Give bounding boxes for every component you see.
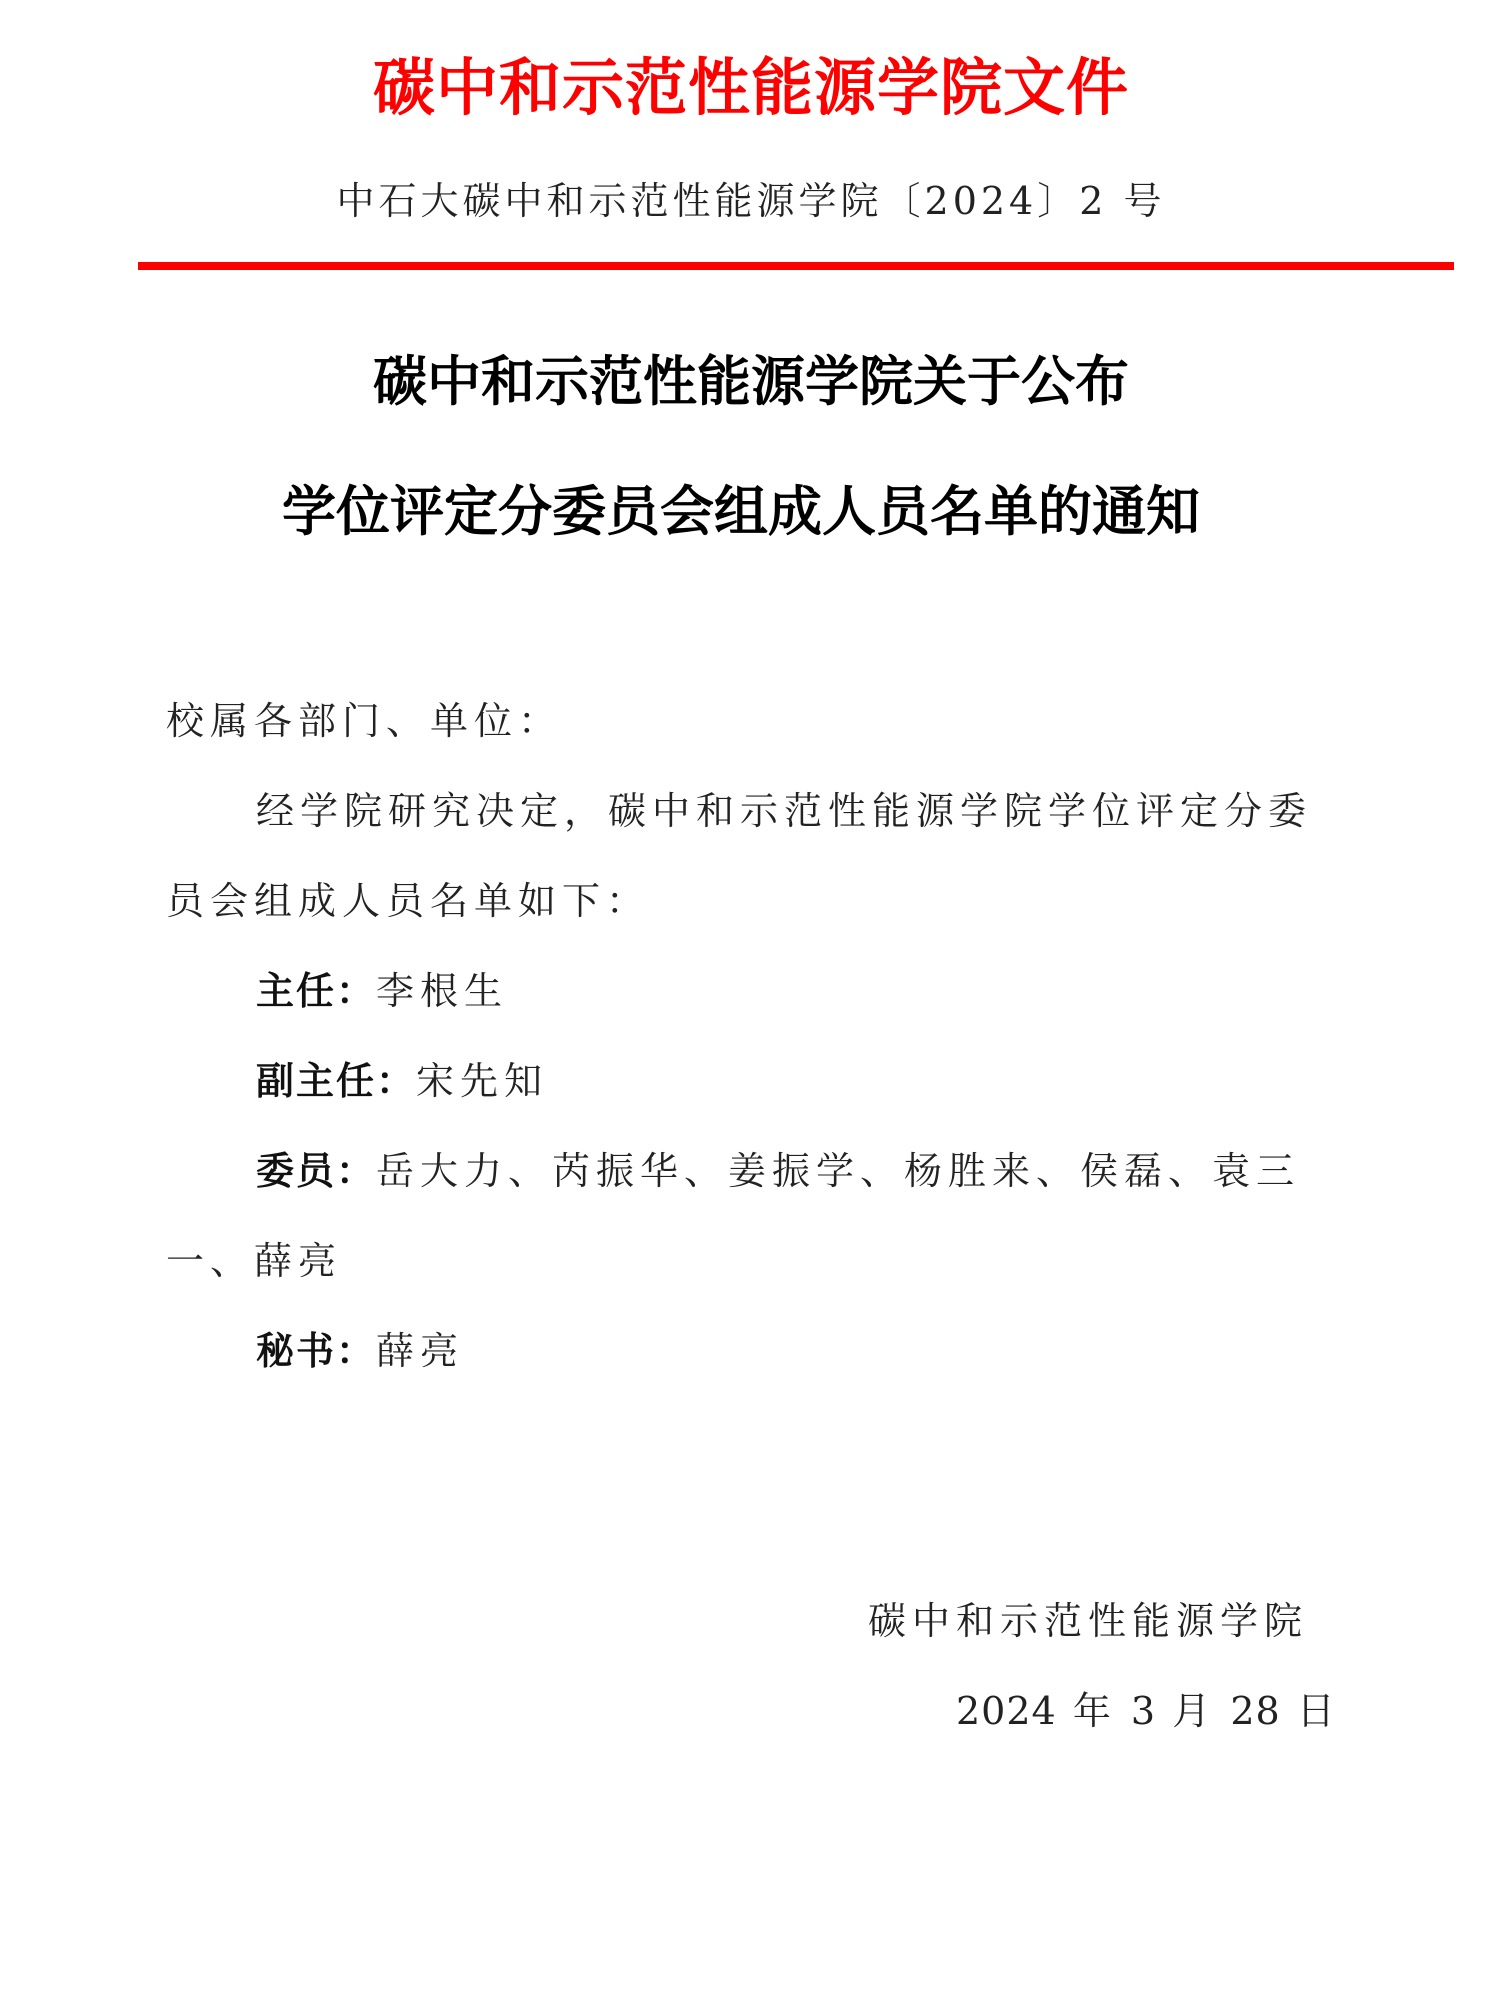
salutation: 校属各部门、单位： bbox=[166, 696, 562, 746]
committee-members-names: 岳大力、芮振华、姜振学、杨胜来、侯磊、袁三 bbox=[376, 1149, 1300, 1193]
signature-organization: 碳中和示范性能源学院 bbox=[868, 1596, 1308, 1646]
director-label: 主任： bbox=[256, 968, 376, 1013]
body-paragraph-line-2: 员会组成人员名单如下： bbox=[166, 876, 650, 926]
red-divider-rule bbox=[138, 262, 1454, 270]
date-month: 3 bbox=[1131, 1689, 1156, 1733]
notice-title-line-1: 碳中和示范性能源学院关于公布 bbox=[0, 346, 1502, 416]
document-number: 中石大碳中和示范性能源学院〔2024〕2 号 bbox=[0, 176, 1502, 226]
date-month-unit: 月 bbox=[1172, 1689, 1214, 1733]
body-paragraph-line-1: 经学院研究决定，碳中和示范性能源学院学位评定分委 bbox=[256, 786, 1312, 836]
director-row: 主任：李根生 bbox=[256, 966, 508, 1016]
date-year: 2024 bbox=[956, 1689, 1057, 1733]
deputy-director-name: 宋先知 bbox=[416, 1059, 548, 1103]
committee-members-continued: 一、薛亮 bbox=[166, 1236, 342, 1286]
secretary-row: 秘书：薛亮 bbox=[256, 1326, 464, 1376]
date-year-unit: 年 bbox=[1073, 1689, 1115, 1733]
notice-title-line-2: 学位评定分委员会组成人员名单的通知 bbox=[0, 476, 1492, 546]
document-header-title: 碳中和示范性能源学院文件 bbox=[0, 48, 1502, 128]
date-day-unit: 日 bbox=[1297, 1689, 1339, 1733]
date-day: 28 bbox=[1230, 1689, 1280, 1733]
signature-date: 2024 年 3 月 28 日 bbox=[956, 1686, 1339, 1736]
deputy-director-label: 副主任： bbox=[256, 1058, 416, 1103]
director-name: 李根生 bbox=[376, 969, 508, 1013]
committee-members-label: 委员： bbox=[256, 1148, 376, 1193]
committee-members-row: 委员：岳大力、芮振华、姜振学、杨胜来、侯磊、袁三 bbox=[256, 1146, 1300, 1196]
deputy-director-row: 副主任：宋先知 bbox=[256, 1056, 548, 1106]
secretary-label: 秘书： bbox=[256, 1328, 376, 1373]
secretary-name: 薛亮 bbox=[376, 1329, 464, 1373]
